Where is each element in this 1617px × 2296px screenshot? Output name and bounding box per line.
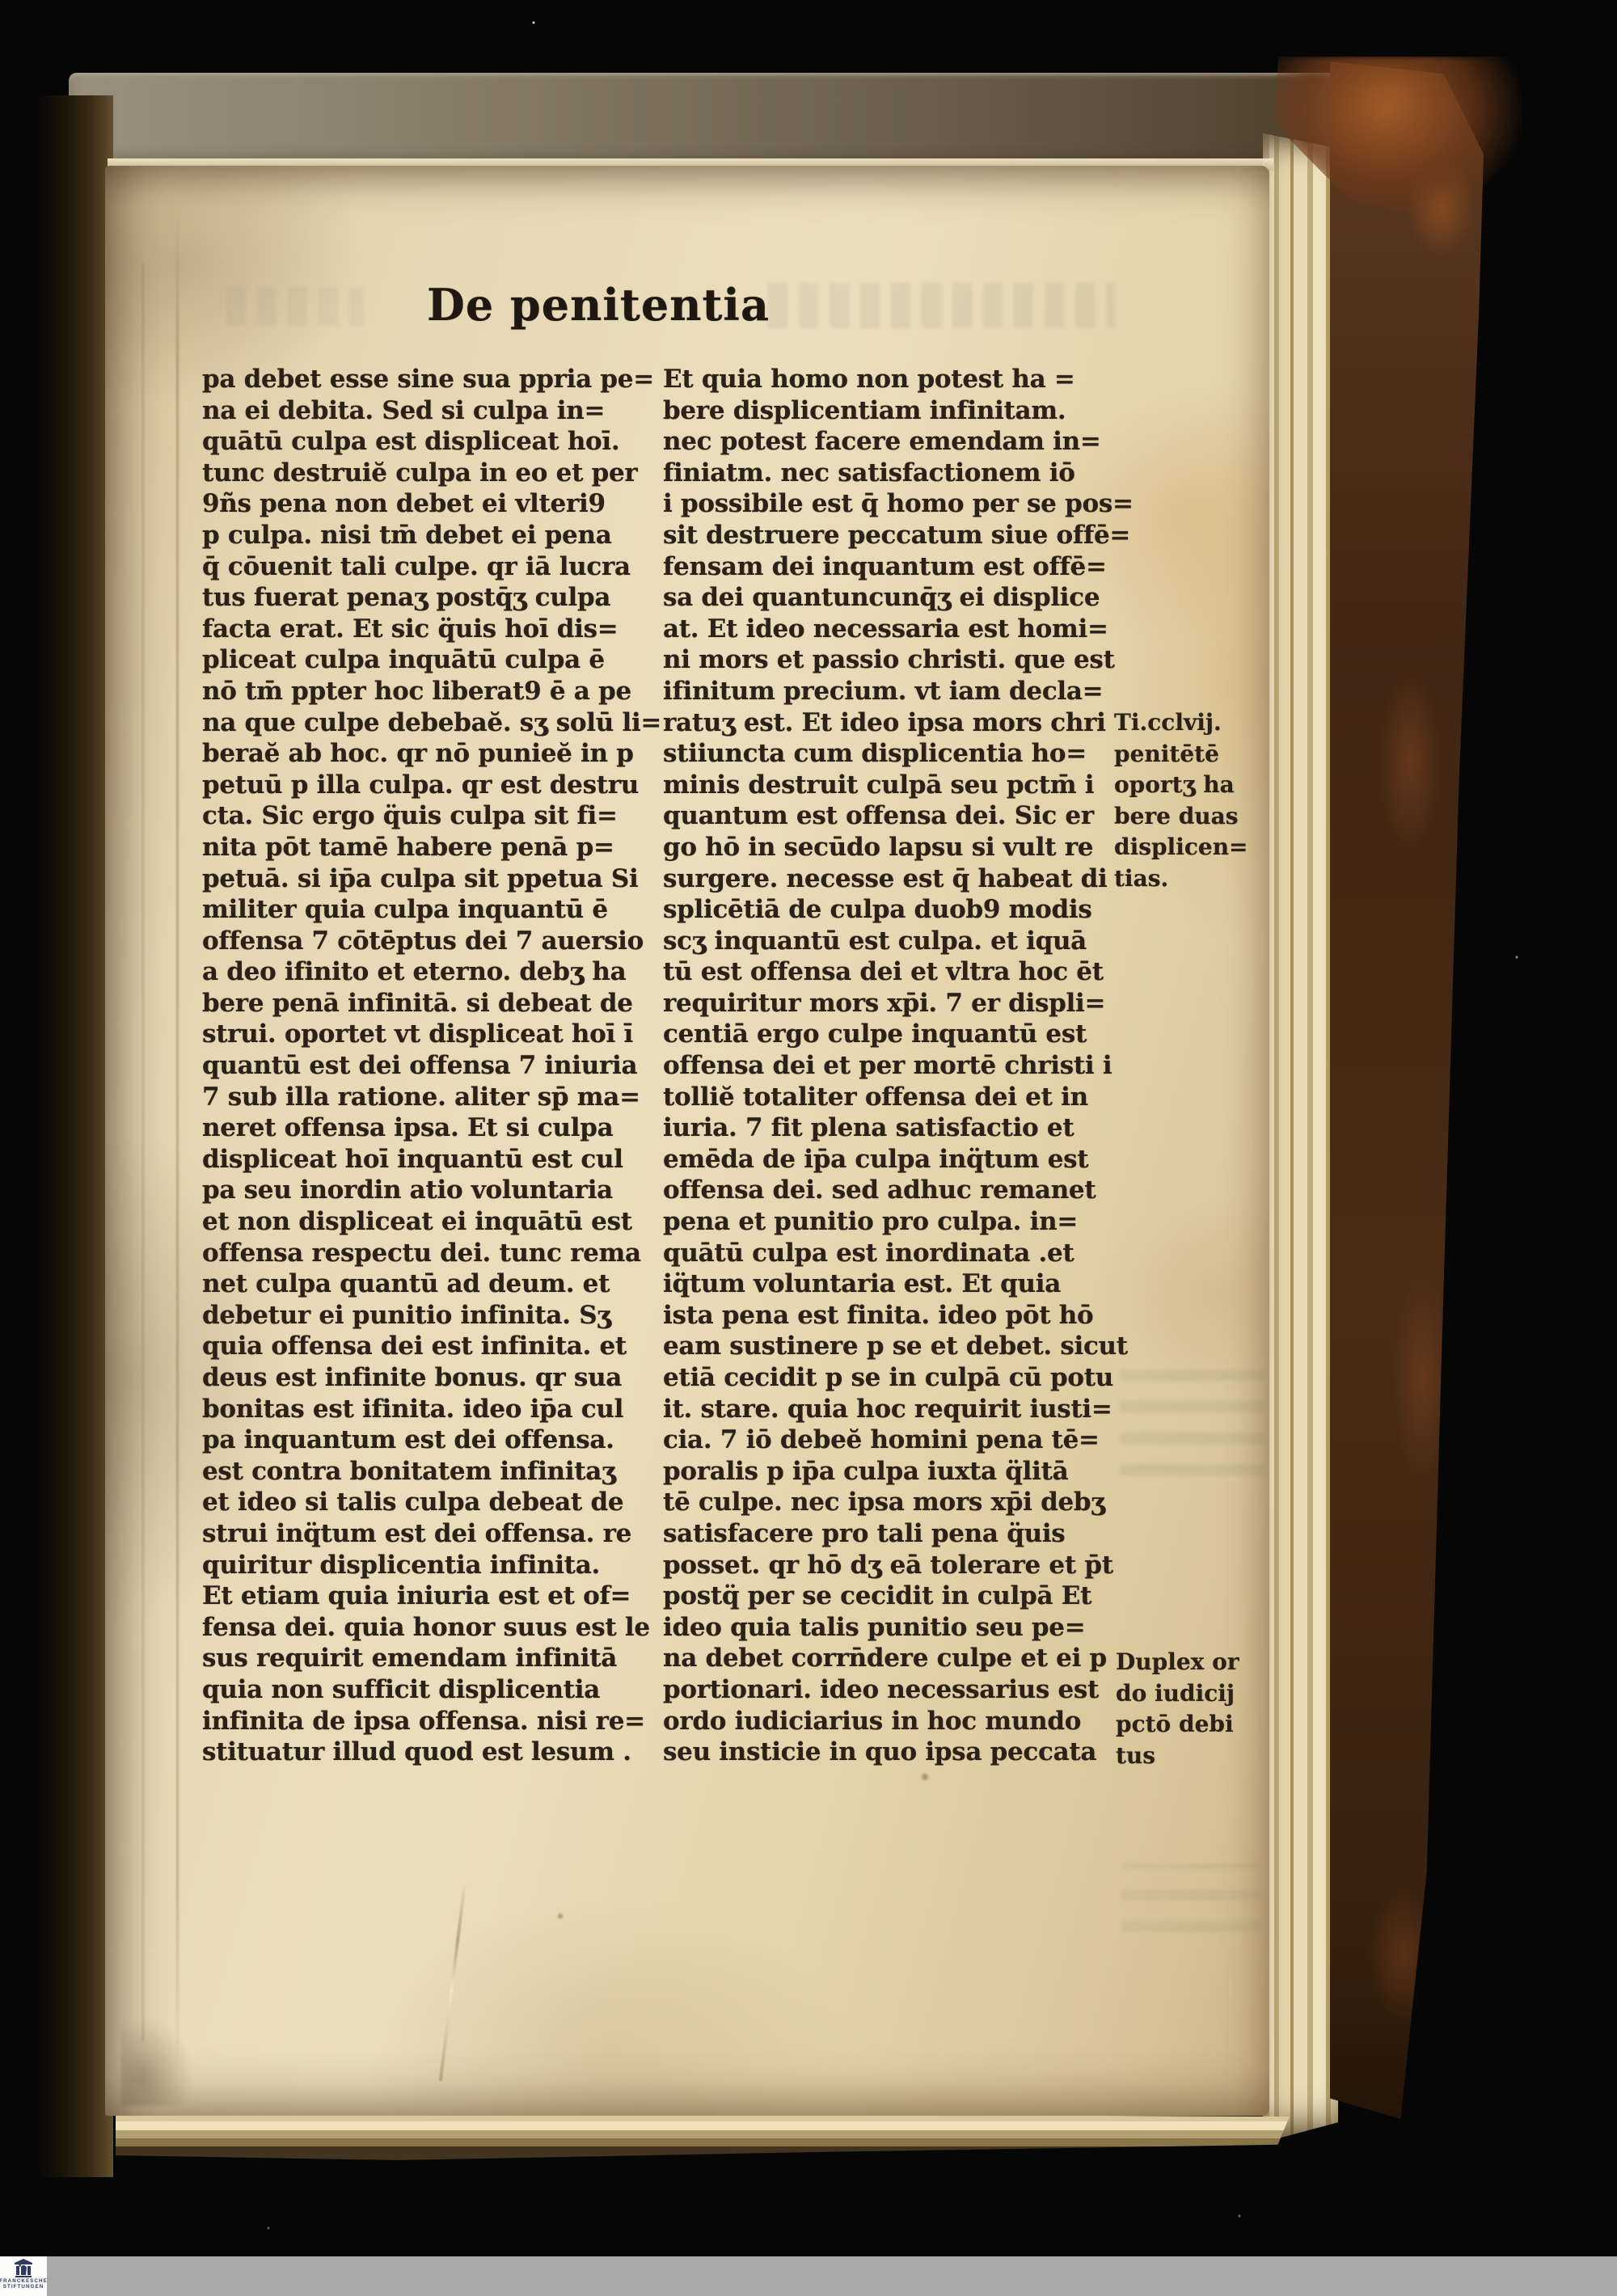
text-line: net culpa quantū ad deum. et <box>202 1268 660 1300</box>
text-line: ifinitum precium. vt iam decla= <box>663 676 1125 707</box>
text-line: sus requirit emendam infinitā <box>202 1643 660 1674</box>
margin-note-line: Duplex or <box>1116 1647 1277 1678</box>
text-line: offensa dei et per mortē christi i <box>663 1050 1125 1082</box>
text-line: et non displiceat ei inquātū est <box>202 1206 660 1238</box>
text-line: nita pōt tamē habere penā p= <box>202 832 660 863</box>
text-line: tū est offensa dei et vltra hoc ēt <box>663 956 1125 988</box>
text-line: tus fuerat penaʒ postq̄ʒ culpa <box>202 582 660 614</box>
text-line: emēda de ip̄a culpa inq̈tum est <box>663 1144 1125 1175</box>
text-line: etiā cecidit p se in culpā cū potu <box>663 1362 1125 1394</box>
text-line: petuā. si ip̄a culpa sit ppetua Si <box>202 863 660 895</box>
text-line: ratuʒ est. Et ideo ipsa mors chri <box>663 707 1125 739</box>
margin-note-line: bere duas <box>1114 801 1276 833</box>
watermark-text-line2: STIFTUNGEN <box>3 2284 44 2290</box>
margin-note-upper: Ti.cclvij.penitētēoportʒ habere duasdisp… <box>1114 707 1276 895</box>
text-line: bonitas est ifinita. ideo ip̄a cul <box>202 1394 660 1425</box>
page-title: De penitentia <box>408 279 788 336</box>
text-line: quia offensa dei est infinita. et <box>202 1331 660 1362</box>
text-line: stituatur illud quod est lesum . <box>202 1737 660 1768</box>
text-line: cia. 7 iō debeĕ homini pena tē= <box>663 1424 1125 1456</box>
margin-note-lower: Duplex ordo iudicijpctō debitus <box>1116 1647 1277 1771</box>
margin-note-line: displicen= <box>1114 832 1276 863</box>
text-line: sa dei quantuncunq̄ʒ ei displice <box>663 582 1125 614</box>
text-line: na debet corrn̄dere culpe et ei p <box>663 1643 1125 1674</box>
text-line: satisfacere pro tali pena q̈uis <box>663 1518 1125 1550</box>
text-line: go hō in secūdo lapsu si vult re <box>663 832 1125 863</box>
text-line: quiritur displicentia infinita. <box>202 1550 660 1581</box>
text-line: stiiuncta cum displicentia ho= <box>663 738 1125 770</box>
text-line: sit destruere peccatum siue offē= <box>663 520 1125 551</box>
text-line: debetur ei punitio infinita. Sʒ <box>202 1300 660 1332</box>
text-line: quātū culpa est displiceat hoī. <box>202 426 660 458</box>
text-line: iq̈tum voluntaria est. Et quia <box>663 1268 1125 1300</box>
ink-showthrough-margin-lower <box>1122 1863 1260 1932</box>
margin-note-line: tias. <box>1114 863 1276 895</box>
text-line: neret offensa ipsa. Et si culpa <box>202 1112 660 1144</box>
text-line: infinita de ipsa offensa. nisi re= <box>202 1706 660 1737</box>
text-line: strui. oportet vt displiceat hoī ī <box>202 1019 660 1050</box>
ink-showthrough-header-left <box>226 287 364 326</box>
text-line: nō tm̄ ppter hoc liberat9 ē a pe <box>202 676 660 707</box>
text-line: deus est infinite bonus. qr sua <box>202 1362 660 1394</box>
text-line: fensa dei. quia honor suus est le <box>202 1612 660 1644</box>
text-line: ista pena est finita. ideo pōt hō <box>663 1300 1125 1332</box>
text-line: cta. Sic ergo q̈uis culpa sit fi= <box>202 800 660 832</box>
text-line: na que culpe debebaĕ. sʒ solū li= <box>202 707 660 739</box>
scan-footer-bar <box>0 2256 1617 2296</box>
text-line: at. Et ideo necessaria est homi= <box>663 614 1125 645</box>
paper-damage-bottom-left <box>121 2017 194 2106</box>
text-line: splicētiā de culpa duob9 modis <box>663 894 1125 926</box>
text-line: ordo iudiciarius in hoc mundo <box>663 1706 1125 1737</box>
text-line: facta erat. Et sic q̈uis hoī dis= <box>202 614 660 645</box>
text-line: portionari. ideo necessarius est <box>663 1674 1125 1706</box>
paper-crease-gutter <box>142 263 144 2041</box>
text-line: 9ñs pena non debet ei vlteri9 <box>202 488 660 520</box>
text-line: quantū est dei offensa 7 iniuria <box>202 1050 660 1082</box>
text-line: ni mors et passio christi. que est <box>663 644 1125 676</box>
text-line: requiritur mors xp̄i. 7 er displi= <box>663 988 1125 1019</box>
text-line: pa debet esse sine sua ppria pe= <box>202 364 660 395</box>
text-line: quātū culpa est inordinata .et <box>663 1238 1125 1269</box>
text-line: beraĕ ab hoc. qr nō punieĕ in p <box>202 738 660 770</box>
text-line: q̄ cōuenit tali culpe. qr iā lucra <box>202 551 660 583</box>
text-line: offensa respectu dei. tunc rema <box>202 1238 660 1269</box>
margin-note-line: penitētē <box>1114 739 1276 770</box>
book-left-spine-edge <box>39 95 113 2177</box>
text-line: displiceat hoī inquantū est cul <box>202 1144 660 1175</box>
text-column-right: Et quia homo non potest ha =bere displic… <box>663 364 1125 1768</box>
text-line: poralis p ip̄a culpa iuxta q̈litā <box>663 1456 1125 1488</box>
margin-note-line: oportʒ ha <box>1114 770 1276 801</box>
scan-background: De penitentia pa debet esse sine sua ppr… <box>0 0 1617 2296</box>
text-line: posset. qr hō dʒ eā tolerare et p̄t <box>663 1550 1125 1581</box>
text-line: pa inquantum est dei offensa. <box>202 1424 660 1456</box>
book-page-edges-bottom <box>116 2112 1290 2160</box>
margin-note-line: do iudicij <box>1116 1678 1277 1710</box>
text-line: militer quia culpa inquantū ē <box>202 894 660 926</box>
text-line: 7 sub illa ratione. aliter sp̄ ma= <box>202 1082 660 1113</box>
text-line: Et etiam quia iniuria est et of= <box>202 1581 660 1612</box>
text-line: seu insticie in quo ipsa peccata <box>663 1737 1125 1768</box>
franckesche-stiftungen-watermark: FRANCKESCHE STIFTUNGEN <box>0 2256 47 2296</box>
text-line: tunc destruiĕ culpa in eo et per <box>202 458 660 489</box>
text-line: ideo quia talis punitio seu pe= <box>663 1612 1125 1644</box>
text-line: surgere. necesse est q̄ habeat di <box>663 863 1125 895</box>
text-line: centiā ergo culpe inquantū est <box>663 1019 1125 1050</box>
ink-showthrough-header <box>768 283 1116 328</box>
text-line: pliceat culpa inquātū culpa ē <box>202 644 660 676</box>
text-line: petuū p illa culpa. qr est destru <box>202 770 660 801</box>
text-line: est contra bonitatem infinitaʒ <box>202 1456 660 1488</box>
paper-tear-bottom <box>439 1880 467 2082</box>
text-line: offensa 7 cōtēptus dei 7 auersio <box>202 926 660 957</box>
text-line: finiatm. nec satisfactionem iō <box>663 458 1125 489</box>
text-column-left: pa debet esse sine sua ppria pe=na ei de… <box>202 364 660 1768</box>
text-line: it. stare. quia hoc requirit iusti= <box>663 1394 1125 1425</box>
margin-note-line: pctō debi <box>1116 1709 1277 1741</box>
paper-crease-vertical <box>176 214 179 2066</box>
book-page: De penitentia pa debet esse sine sua ppr… <box>105 166 1269 2116</box>
text-line: eam sustinere p se et debet. sicut <box>663 1331 1125 1362</box>
text-line: postq̈ per se cecidit in culpā Et <box>663 1581 1125 1612</box>
text-line: iuria. 7 fit plena satisfactio et <box>663 1112 1125 1144</box>
text-line: fensam dei inquantum est offē= <box>663 551 1125 583</box>
margin-note-line: tus <box>1116 1741 1277 1772</box>
text-line: bere penā infinitā. si debeat de <box>202 988 660 1019</box>
text-line: tolliĕ totaliter offensa dei et in <box>663 1082 1125 1113</box>
text-line: quantum est offensa dei. Sic er <box>663 800 1125 832</box>
text-line: minis destruit culpā seu pctm̄ i <box>663 770 1125 801</box>
text-line: et ideo si talis culpa debeat de <box>202 1487 660 1518</box>
text-line: tē culpe. nec ipsa mors xp̄i debʒ <box>663 1487 1125 1518</box>
book-leather-back-cover <box>1330 61 1484 2119</box>
text-line: offensa dei. sed adhuc remanet <box>663 1175 1125 1206</box>
watermark-text-line1: FRANCKESCHE <box>0 2278 48 2284</box>
franckesche-stiftungen-logo-icon <box>11 2259 36 2278</box>
text-line: i possibile est q̄ homo per se pos= <box>663 488 1125 520</box>
text-line: bere displicentiam infinitam. <box>663 395 1125 427</box>
text-line: Et quia homo non potest ha = <box>663 364 1125 395</box>
ink-showthrough-margin <box>1120 1370 1265 1475</box>
text-line: pa seu inordin atio voluntaria <box>202 1175 660 1206</box>
text-line: nec potest facere emendam in= <box>663 426 1125 458</box>
text-line: strui inq̈tum est dei offensa. re <box>202 1518 660 1550</box>
text-line: scʒ inquantū est culpa. et iquā <box>663 926 1125 957</box>
text-line: na ei debita. Sed si culpa in= <box>202 395 660 427</box>
text-line: pena et punitio pro culpa. in= <box>663 1206 1125 1238</box>
text-line: p culpa. nisi tm̄ debet ei pena <box>202 520 660 551</box>
margin-note-line: Ti.cclvij. <box>1114 707 1276 739</box>
text-line: a deo ifinito et eterno. debʒ ha <box>202 956 660 988</box>
text-line: quia non sufficit displicentia <box>202 1674 660 1706</box>
